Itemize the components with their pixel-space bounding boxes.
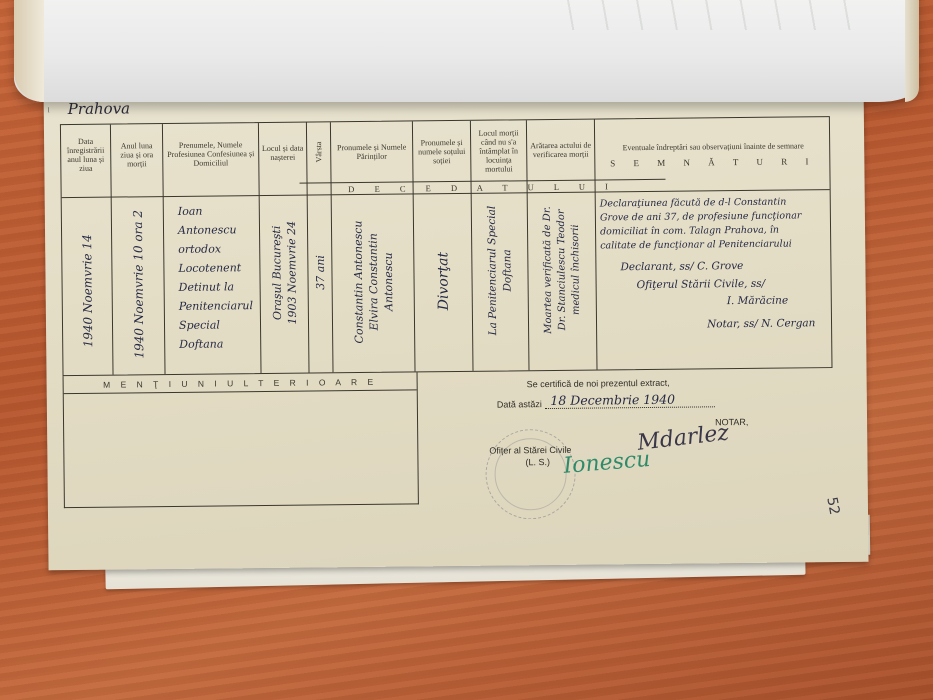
subsequent-mentions-box: M E N Ţ I U N I U L T E R I O A R E	[63, 372, 419, 508]
col-registration-date: Data înregistrării anul luna și ziua 194…	[61, 125, 114, 376]
header-remarks-text: Eventuale îndreptări sau observațiuni în…	[622, 141, 803, 153]
cell-death-place: La Penitenciarul Special Doftana	[484, 206, 515, 336]
header-spouse: Pronumele și numele soțului soției	[413, 121, 471, 182]
header-birthplace-date: Locul și data nașterei	[259, 123, 307, 183]
register-page: sa Talagn l Prahova Data înregistrării a…	[43, 74, 868, 571]
col-death-date: Anul luna ziua și ora morții 1940 Noemvr…	[111, 124, 166, 375]
notary-signature: Mdarlez	[636, 420, 730, 455]
col-name-profession: Prenumele, Numele Profesiunea Confesiune…	[163, 123, 262, 374]
col-remarks: Eventuale îndreptări sau observațiuni în…	[595, 117, 834, 369]
col-death-place: Locul morții când nu s'a întâmplat în lo…	[471, 120, 530, 371]
cell-remarks: Declaraţiunea făcută de d-l Constantin G…	[600, 195, 802, 253]
official-seal-stamp	[485, 429, 576, 520]
officer-label: Ofițer al Stărei Civile	[489, 445, 571, 456]
header-verification: Arătarea actului de verificarea morții	[527, 120, 595, 181]
header-death-place: Locul morții când nu s'a întâmplat în lo…	[471, 120, 527, 181]
cell-birthplace-date: Oraşul Bucureşti 1903 Noemvrie 24	[268, 221, 299, 325]
date-line: 18 Decembrie 1940	[544, 395, 714, 409]
ink-bleed-through	[554, 0, 874, 30]
date-label: Dată astăzi	[497, 399, 542, 409]
signature-notary: Notar, ss/ N. Cergan	[707, 315, 816, 333]
date-value: 18 Decembrie 1940	[550, 392, 675, 408]
cell-parents: Constantin Antonescu Elvira Constantin A…	[350, 220, 396, 343]
county-label: l	[48, 106, 50, 114]
county-value: Prahova	[68, 99, 131, 118]
certification-statement: Se certifică de noi prezentul extract,	[527, 378, 670, 389]
cell-verification: Moartea verificată de Dr. Dr. Stanciules…	[540, 206, 583, 334]
page-number: 52	[823, 496, 842, 516]
col-verification: Arătarea actului de verificarea morții M…	[527, 120, 598, 371]
mentions-title: M E N Ţ I U N I U L T E R I O A R E	[64, 372, 417, 394]
certification-date-row: Dată astăzi 18 Decembrie 1940	[497, 395, 715, 409]
curled-top-page[interactable]	[14, 0, 919, 102]
cell-death-date: 1940 Noemvrie 10 ora 2	[130, 210, 146, 359]
col-age: Vârsta 37 ani	[307, 122, 334, 372]
col-birthplace-date: Locul și data nașterei Oraşul Bucureşti …	[259, 123, 310, 373]
header-age: Vârsta	[307, 122, 331, 182]
cell-age: 37 ani	[313, 255, 326, 290]
cell-registration-date: 1940 Noemvrie 14	[80, 234, 95, 347]
death-register-table: Data înregistrării anul luna și ziua 194…	[60, 116, 833, 376]
signature-officer-label: Ofiţerul Stării Civile, ss/	[637, 276, 766, 294]
header-signatures: S E M N Ă T U R I	[610, 157, 816, 168]
signature-officer-name: I. Mărăcine	[727, 293, 789, 311]
col-spouse: Pronumele și numele soțului soției Divor…	[413, 121, 474, 372]
cell-name-profession: Ioan Antonescu ortodox Locotenent Detinu…	[178, 201, 254, 354]
header-name-profession: Prenumele, Numele Profesiunea Confesiune…	[163, 123, 259, 184]
cell-spouse: Divorţat	[435, 252, 452, 311]
header-registration-date: Data înregistrării anul luna și ziua	[61, 125, 111, 186]
header-parents: Pronumele și Numele Părinților	[331, 121, 413, 182]
col-parents: Pronumele și Numele Părinților Constanti…	[331, 121, 416, 372]
signature-declarant: Declarant, ss/ C. Grove	[620, 258, 743, 275]
seal-label: (L. S.)	[525, 457, 550, 467]
header-death-date: Anul luna ziua și ora morții	[111, 124, 163, 185]
